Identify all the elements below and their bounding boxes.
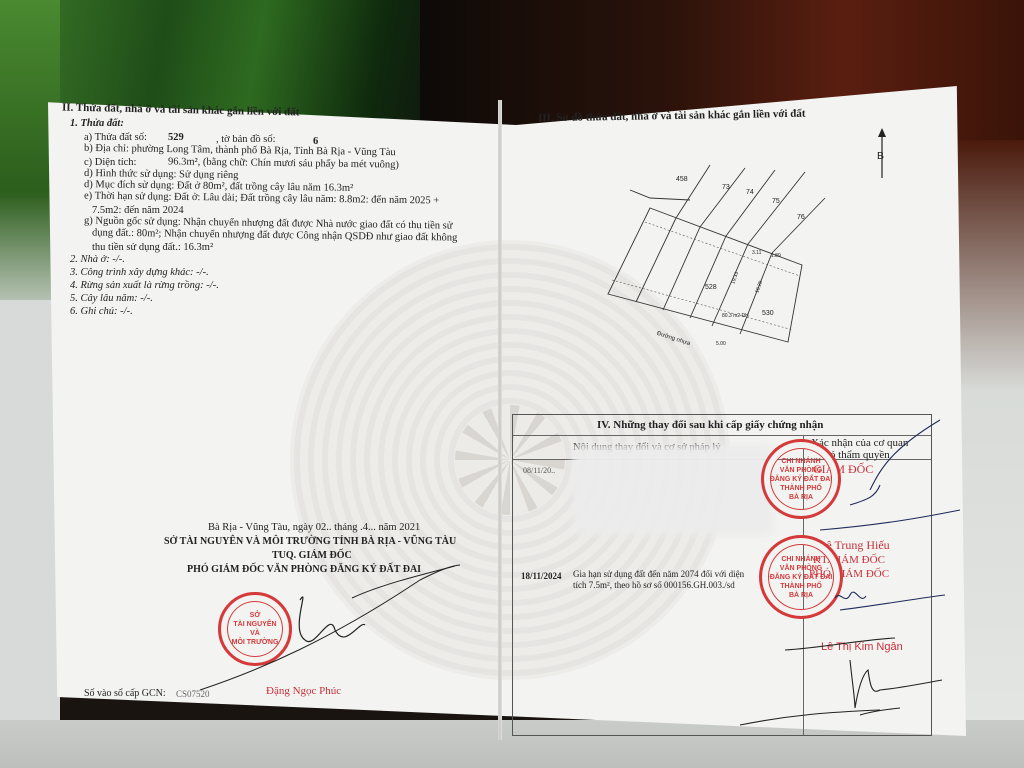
signature-scribbles-right: [0, 0, 1024, 768]
